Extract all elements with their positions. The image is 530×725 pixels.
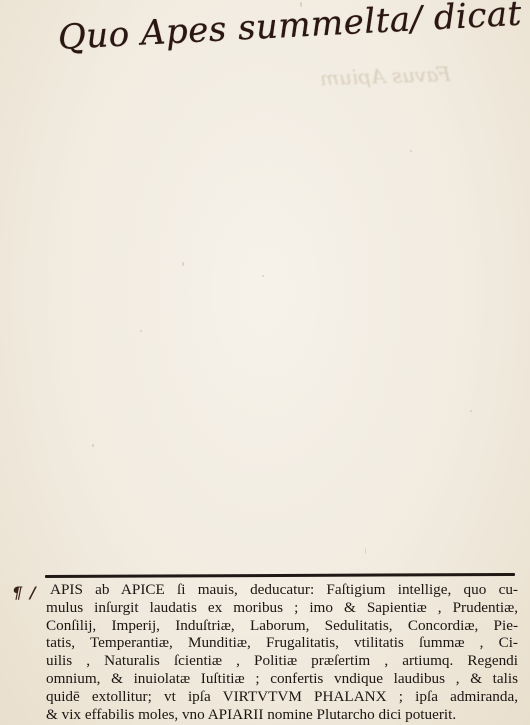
printed-line: mulus inſurgit laudatis ex moribus ; imo…: [46, 599, 518, 617]
paper-speck: [182, 262, 184, 266]
paper-speck: [140, 330, 142, 332]
paper-speck: [365, 548, 366, 554]
margin-mark: ¶ /: [12, 583, 37, 602]
bleed-through-text: Favus Apium: [320, 62, 451, 91]
printed-line: uilis , Naturalis ſcientiæ , Politiæ præ…: [46, 652, 518, 670]
printed-line: & vix effabilis moles, vno APIARII nomin…: [46, 706, 518, 724]
printed-text-block: APIS ab APICE ſi mauis, deducatur: Faſti…: [46, 581, 518, 723]
paper-speck: [92, 444, 94, 447]
printed-rule-divider: [45, 573, 515, 578]
handwritten-title: Quo Apes summelta/ dicat: [57, 0, 523, 58]
printed-line: APIS ab APICE ſi mauis, deducatur: Faſti…: [46, 581, 518, 599]
paper-speck: [262, 275, 264, 277]
manuscript-page: Quo Apes summelta/ dicat Favus Apium ¶ /…: [0, 0, 530, 725]
printed-line: quidē extollitur; vt ipſa VIRTVTVM PHALA…: [46, 688, 518, 706]
printed-line: omnium, & inuiolatæ Iuſtitiæ ; confertis…: [46, 670, 518, 688]
printed-line: Conſilij, Imperij, Induſtriæ, Laborum, S…: [46, 617, 518, 635]
paper-speck: [470, 410, 472, 412]
paper-speck: [410, 150, 412, 152]
printed-line: tatis, Temperantiæ, Munditiæ, Frugalitat…: [46, 634, 518, 652]
